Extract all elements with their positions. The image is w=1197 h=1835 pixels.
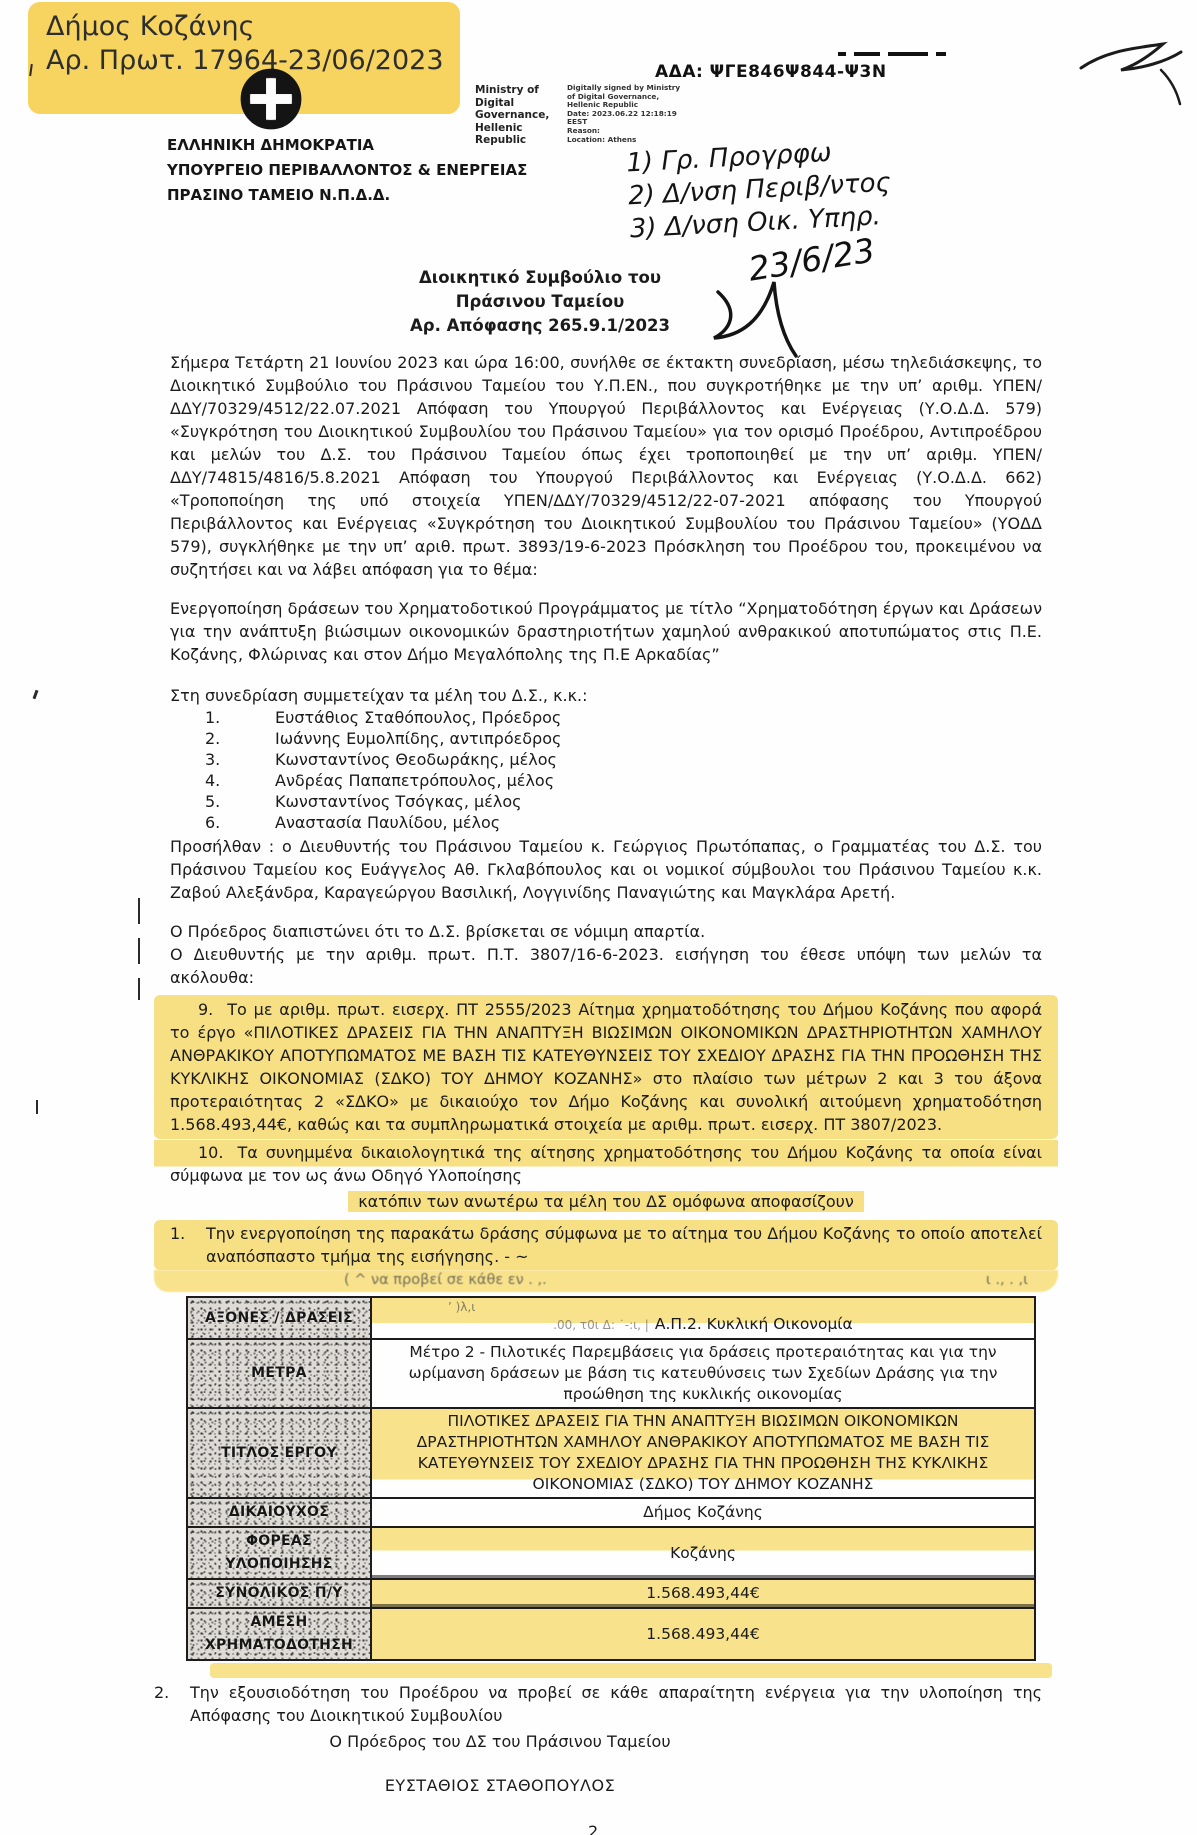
row-value: 1.568.493,44€ [371,1608,1035,1660]
row-value: Κοζάνης [371,1527,1035,1579]
row-label: ΑΜΕΣΗ ΧΡΗΜΑΤΟΔΟΤΗΣΗ [187,1608,371,1660]
document-body: Διοικητικό Συμβούλιο του Πράσινου Ταμείο… [170,255,1042,1797]
ghost-fragment: .00, τ0ι Δ: ˙-:ι, | [553,1318,649,1332]
greek-coat-of-arms-icon [240,68,302,130]
row-label: ΜΕΤΡΑ [187,1339,371,1408]
table-row: ΜΕΤΡΑ Μέτρο 2 - Πιλοτικές Παρεμβάσεις γι… [187,1339,1035,1408]
member-number: 3. [205,749,275,770]
decision-item-1-highlighted: 1. Την ενεργοποίηση της παρακάτω δράσης … [154,1220,1058,1270]
decision-header: Διοικητικό Συμβούλιο του Πράσινου Ταμείο… [170,266,910,338]
scan-bleedthrough-text: ( ^ να προβεί σε κάθε εν . ,. ι ., . ,ι [154,1270,1058,1292]
item-text: Τα συνημμένα δικαιολογητικά της αίτησης … [170,1143,1042,1185]
ghost-fragment: ’ )λ,ι [378,1300,1028,1314]
row-value: ΠΙΛΟΤΙΚΕΣ ΔΡΑΣΕΙΣ ΓΙΑ ΤΗΝ ΑΝΑΠΤΥΞΗ ΒΙΩΣΙ… [371,1408,1035,1498]
table-row: ΦΟΡΕΑΣ ΥΛΟΠΟΙΗΣΗΣ Κοζάνης [187,1527,1035,1579]
member-name: Ιωάννης Ευμολπίδης, αντιπρόεδρος [275,728,561,749]
decision-text: Την ενεργοποίηση της παρακάτω δράσης σύμ… [206,1222,1042,1268]
row-label: ΔΙΚΑΙΟΥΧΟΣ [187,1498,371,1527]
signature-title-line: Ο Πρόεδρος του ΔΣ του Πράσινου Ταμείου [170,1730,830,1753]
list-item: 5.Κωνσταντίνος Τσόγκας, μέλος [170,791,1042,812]
list-item: 1.Ευστάθιος Σταθόπουλος, Πρόεδρος [170,707,1042,728]
page-number: 2 [588,1822,598,1835]
list-item: 4.Ανδρέας Παπαπετρόπουλος, μέλος [170,770,1042,791]
table-row: ΤΙΤΛΟΣ ΕΡΓΟΥ ΠΙΛΟΤΙΚΕΣ ΔΡΑΣΕΙΣ ΓΙΑ ΤΗΝ Α… [187,1408,1035,1498]
table-row: ΔΙΚΑΙΟΥΧΟΣ Δήμος Κοζάνης [187,1498,1035,1527]
attendees-intro: Στη συνεδρίαση συμμετείχαν τα μέλη του Δ… [170,684,1042,707]
signer-line: Governance, [475,109,565,122]
letterhead-ministry: ΥΠΟΥΡΓΕΙΟ ΠΕΡΙΒΑΛΛΟΝΤΟΣ & ΕΝΕΡΓΕΙΑΣ [167,158,527,183]
ghost-fragment: ι ., . ,ι [986,1270,1028,1290]
member-name: Κωνσταντίνος Τσόγκας, μέλος [275,791,522,812]
quorum-statement: Ο Πρόεδρος διαπιστώνει ότι το Δ.Σ. βρίσκ… [170,920,1042,943]
ada-code: ΑΔΑ: ΨΓΕ846Ψ844-Ψ3Ν [655,62,887,82]
member-number: 4. [205,770,275,791]
agenda-item-9-highlighted: 9.Το με αριθμ. πρωτ. εισερχ. ΠΤ 2555/202… [154,995,1058,1139]
signature-detail-line: Location: Athens [567,136,687,145]
decision-number: 2. [154,1681,190,1727]
member-name: Ανδρέας Παπαπετρόπουλος, μέλος [275,770,554,791]
decision-fund-line: Πράσινου Ταμείου [170,290,910,314]
decision-number: 1. [170,1222,206,1268]
table-row: ΣΥΝΟΛΙΚΟΣ Π/Υ 1.568.493,44€ [187,1579,1035,1608]
agenda-theme-paragraph: Ενεργοποίηση δράσεων του Χρηματοδοτικού … [170,597,1042,666]
project-info-table: ΑΞΟΝΕΣ / ΔΡΑΣΕΙΣ ’ )λ,ι .00, τ0ι Δ: ˙-:ι… [186,1296,1036,1661]
corner-scribble-mark [1077,40,1187,110]
axis-value: Α.Π.2. Κυκλική Οικονομία [655,1315,853,1333]
letterhead: ΕΛΛΗΝΙΚΗ ΔΗΜΟΚΡΑΤΙΑ ΥΠΟΥΡΓΕΙΟ ΠΕΡΙΒΑΛΛΟΝ… [167,133,527,208]
list-item: 3.Κωνσταντίνος Θεοδωράκης, μέλος [170,749,1042,770]
scan-artifact [138,938,140,964]
handwritten-routing-notes: 1) Γρ. Προγρφω 2) Δ/νση Περιβ/ντος 3) Δ/… [626,129,991,247]
decision-text: Την εξουσιοδότηση του Προέδρου να προβεί… [190,1681,1042,1727]
letterhead-republic: ΕΛΛΗΝΙΚΗ ΔΗΜΟΚΡΑΤΙΑ [167,133,527,158]
director-recommendation: Ο Διευθυντής με την αριθμ. πρωτ. Π.Τ. 38… [170,943,1042,989]
letterhead-green-fund: ΠΡΑΣΙΝΟ ΤΑΜΕΙΟ Ν.Π.Δ.Δ. [167,183,527,208]
row-label: ΤΙΤΛΟΣ ΕΡΓΟΥ [187,1408,371,1498]
decision-item-2: 2. Την εξουσιοδότηση του Προέδρου να προ… [154,1681,1058,1727]
item-number: 10. [198,1143,223,1162]
item-number: 9. [198,1000,213,1019]
scan-artifact [138,898,140,924]
scan-artifact [138,978,140,1000]
also-present-paragraph: Προσήλθαν : ο Διευθυντής του Πράσινου Τα… [170,835,1042,904]
row-label: ΣΥΝΟΛΙΚΟΣ Π/Υ [187,1579,371,1608]
member-number: 1. [205,707,275,728]
opening-paragraph: Σήμερα Τετάρτη 21 Ιουνίου 2023 και ώρα 1… [170,351,1042,581]
list-item: 2.Ιωάννης Ευμολπίδης, αντιπρόεδρος [170,728,1042,749]
highlight-strip [210,1663,1052,1678]
decision-board-line: Διοικητικό Συμβούλιο του [170,266,910,290]
member-name: Ευστάθιος Σταθόπουλος, Πρόεδρος [275,707,561,728]
table-row: ΑΜΕΣΗ ΧΡΗΜΑΤΟΔΟΤΗΣΗ 1.568.493,44€ [187,1608,1035,1660]
row-value: Μέτρο 2 - Πιλοτικές Παρεμβάσεις για δράσ… [371,1339,1035,1408]
stamp-municipality: Δήμος Κοζάνης [46,10,460,43]
digital-signature-details: Digitally signed by Ministry of Digital … [567,84,687,144]
member-number: 2. [205,728,275,749]
scan-artifact [36,1100,38,1114]
scan-artifact-dashes [838,52,998,60]
unanimous-decision-line: κατόπιν των ανωτέρω τα μέλη του ΔΣ ομόφω… [170,1190,1042,1213]
row-label: ΦΟΡΕΑΣ ΥΛΟΠΟΙΗΣΗΣ [187,1527,371,1579]
decision-number: Αρ. Απόφασης 265.9.1/2023 [170,314,910,338]
row-value: 1.568.493,44€ [371,1579,1035,1608]
row-value: ’ )λ,ι .00, τ0ι Δ: ˙-:ι, |Α.Π.2. Κυκλική… [371,1297,1035,1339]
row-label: ΑΞΟΝΕΣ / ΔΡΑΣΕΙΣ [187,1297,371,1339]
member-number: 6. [205,812,275,833]
item-text: Το με αριθμ. πρωτ. εισερχ. ΠΤ 2555/2023 … [170,1000,1042,1134]
board-members-list: 1.Ευστάθιος Σταθόπουλος, Πρόεδρος 2.Ιωάν… [170,707,1042,833]
scan-artifact [33,690,39,699]
agenda-item-10: 10.Τα συνημμένα δικαιολογητικά της αίτησ… [154,1140,1058,1188]
signer-line: Ministry of Digital [475,84,565,109]
member-name: Αναστασία Παυλίδου, μέλος [275,812,500,833]
member-name: Κωνσταντίνος Θεοδωράκης, μέλος [275,749,557,770]
scanned-document-page: Δήμος Κοζάνης Αρ. Πρωτ. 17964-23/06/2023… [0,0,1197,1835]
signature-name: ΕΥΣΤΑΘΙΟΣ ΣΤΑΘΟΠΟΥΛΟΣ [170,1774,830,1797]
row-value: Δήμος Κοζάνης [371,1498,1035,1527]
ghost-fragment: ( ^ να προβεί σε κάθε εν . ,. [344,1270,547,1290]
table-row: ΑΞΟΝΕΣ / ΔΡΑΣΕΙΣ ’ )λ,ι .00, τ0ι Δ: ˙-:ι… [187,1297,1035,1339]
list-item: 6.Αναστασία Παυλίδου, μέλος [170,812,1042,833]
member-number: 5. [205,791,275,812]
